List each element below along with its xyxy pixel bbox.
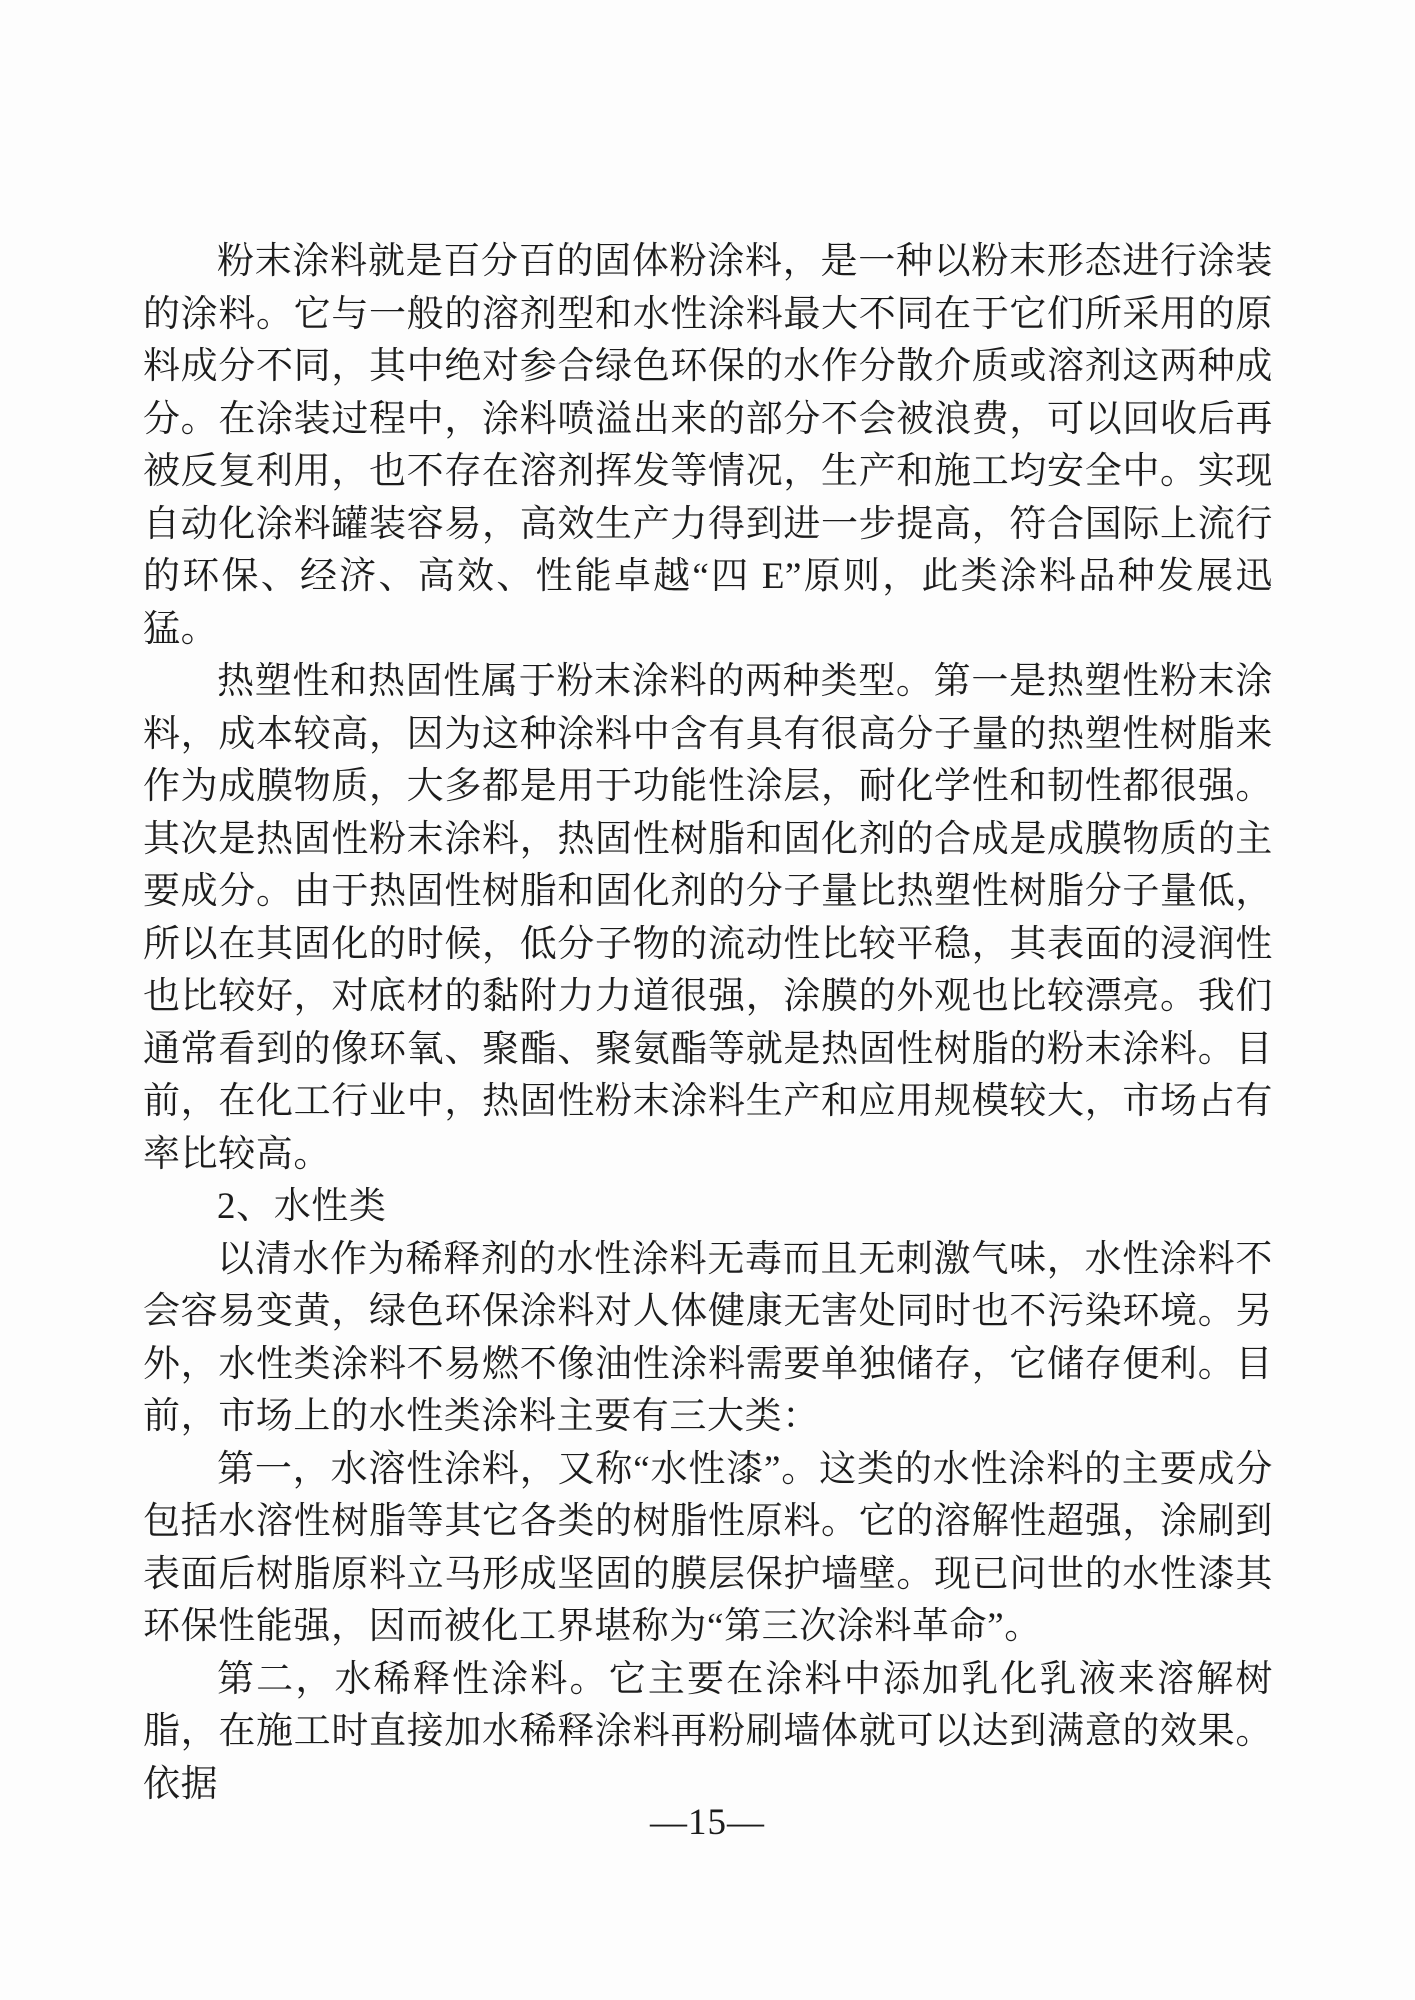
- paragraph-powder-coating-intro: 粉末涂料就是百分百的固体粉涂料，是一种以粉末形态进行涂装的涂料。它与一般的溶剂型…: [143, 236, 1273, 656]
- document-page: 粉末涂料就是百分百的固体粉涂料，是一种以粉末形态进行涂装的涂料。它与一般的溶剂型…: [0, 0, 1415, 2000]
- paragraph-water-soluble-coating: 第一，水溶性涂料，又称“水性漆”。这类的水性涂料的主要成分包括水溶性树脂等其它各…: [143, 1444, 1273, 1654]
- paragraph-waterborne-intro: 以清水作为稀释剂的水性涂料无毒而且无刺激气味，水性涂料不会容易变黄，绿色环保涂料…: [143, 1234, 1273, 1444]
- paragraph-water-dilutable-coating: 第二，水稀释性涂料。它主要在涂料中添加乳化乳液来溶解树脂，在施工时直接加水稀释涂…: [143, 1654, 1273, 1812]
- page-number: —15—: [0, 1797, 1415, 1849]
- page-body: 粉末涂料就是百分百的固体粉涂料，是一种以粉末形态进行涂装的涂料。它与一般的溶剂型…: [143, 236, 1273, 1811]
- section-heading-waterborne-type: 2、水性类: [143, 1181, 1273, 1234]
- paragraph-thermoplastic-thermoset: 热塑性和热固性属于粉末涂料的两种类型。第一是热塑性粉末涂料，成本较高，因为这种涂…: [143, 656, 1273, 1181]
